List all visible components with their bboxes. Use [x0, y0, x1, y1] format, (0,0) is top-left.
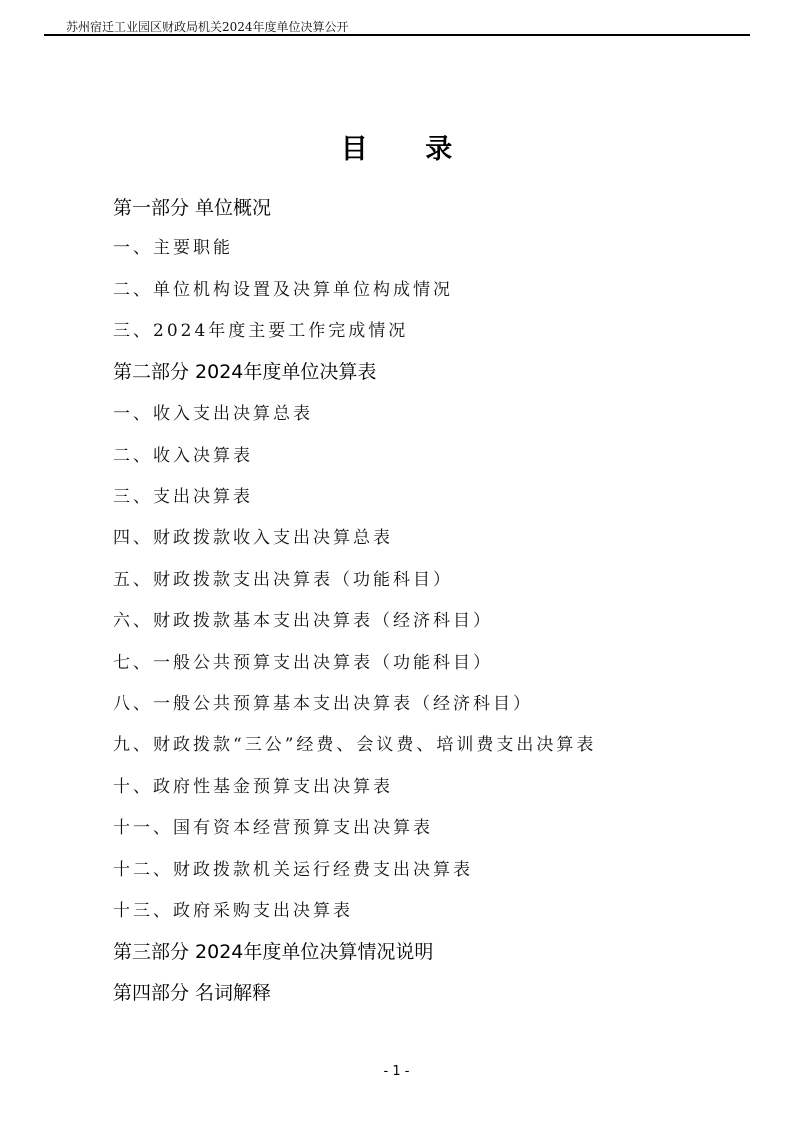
toc-item[interactable]: 十二、财政拨款机关运行经费支出决算表	[113, 855, 473, 880]
toc-part-heading[interactable]: 第一部分 单位概况	[113, 193, 271, 220]
page-number: - 1 -	[0, 1064, 793, 1079]
toc-item[interactable]: 十三、政府采购支出决算表	[113, 896, 353, 921]
header-rule	[44, 34, 750, 36]
toc-item[interactable]: 一、收入支出决算总表	[113, 399, 313, 424]
page-title: 目 录	[0, 127, 793, 166]
toc-item[interactable]: 三、支出决算表	[113, 482, 253, 507]
toc-part-heading[interactable]: 第四部分 名词解释	[113, 978, 271, 1005]
running-header: 苏州宿迁工业园区财政局机关2024年度单位决算公开	[66, 18, 349, 35]
toc-part-heading[interactable]: 第三部分 2024年度单位决算情况说明	[113, 937, 433, 964]
toc-item[interactable]: 二、单位机构设置及决算单位构成情况	[113, 275, 453, 300]
toc-item[interactable]: 十一、国有资本经营预算支出决算表	[113, 813, 433, 838]
toc-item[interactable]: 八、一般公共预算基本支出决算表（经济科目）	[113, 689, 533, 714]
toc-item[interactable]: 一、主要职能	[113, 233, 233, 258]
toc-item[interactable]: 三、2024年度主要工作完成情况	[113, 316, 408, 341]
toc-item[interactable]: 九、财政拨款“三公”经费、会议费、培训费支出决算表	[113, 730, 596, 755]
toc-item[interactable]: 五、财政拨款支出决算表（功能科目）	[113, 565, 453, 590]
toc-item[interactable]: 七、一般公共预算支出决算表（功能科目）	[113, 648, 493, 673]
toc-item[interactable]: 四、财政拨款收入支出决算总表	[113, 523, 393, 548]
toc-item[interactable]: 六、财政拨款基本支出决算表（经济科目）	[113, 606, 493, 631]
toc-item[interactable]: 十、政府性基金预算支出决算表	[113, 772, 393, 797]
toc-item[interactable]: 二、收入决算表	[113, 441, 253, 466]
toc-part-heading[interactable]: 第二部分 2024年度单位决算表	[113, 357, 376, 384]
